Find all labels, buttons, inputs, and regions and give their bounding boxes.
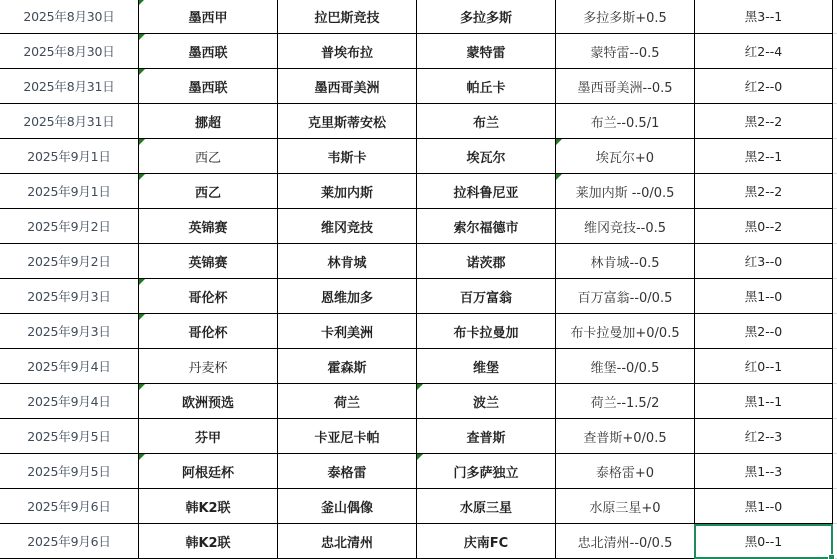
away-team-text: 门多萨独立 (453, 462, 518, 481)
home-team-cell[interactable]: 卡利美洲 (277, 314, 416, 349)
date-text: 2025年8月31日 (23, 112, 114, 130)
away-team-cell[interactable]: 埃瓦尔 (416, 139, 555, 174)
home-team-text: 卡亚尼卡帕 (314, 427, 379, 446)
league-text: 西乙 (195, 147, 221, 166)
result-cell[interactable]: 黑1--0 (694, 279, 833, 314)
league-cell[interactable]: 芬甲 (138, 419, 277, 454)
away-team-cell[interactable]: 拉科鲁尼亚 (416, 174, 555, 209)
table-row: 2025年9月3日 哥伦杯 恩维加多 百万富翁 百万富翁--0/0.5 黑1--… (0, 279, 837, 314)
handicap-text: 维冈竞技--0.5 (584, 217, 666, 236)
league-text: 墨西甲 (188, 7, 227, 26)
spreadsheet-grid: 2025年8月30日 墨西甲 拉巴斯竞技 多拉多斯 多拉多斯+0.5 黑3--1… (0, 0, 837, 559)
result-cell[interactable]: 黑2--0 (694, 314, 833, 349)
date-cell[interactable]: 2025年9月1日 (0, 139, 138, 174)
home-team-cell[interactable]: 釜山偶像 (277, 489, 416, 524)
away-team-text: 埃瓦尔 (466, 147, 505, 166)
result-cell[interactable]: 红2--4 (694, 34, 833, 69)
away-team-cell[interactable]: 布卡拉曼加 (416, 314, 555, 349)
date-text: 2025年9月4日 (27, 357, 110, 375)
away-team-text: 索尔福德市 (453, 217, 518, 236)
date-cell[interactable]: 2025年9月5日 (0, 419, 138, 454)
league-text: 挪超 (195, 112, 221, 131)
next-column-edge (833, 69, 837, 104)
date-text: 2025年9月6日 (27, 532, 110, 550)
result-cell[interactable]: 红3--0 (694, 244, 833, 279)
result-text: 黑3--1 (745, 7, 782, 25)
home-team-cell[interactable]: 莱加内斯 (277, 174, 416, 209)
home-team-text: 忠北清州 (321, 532, 373, 551)
home-team-cell[interactable]: 拉巴斯竞技 (277, 0, 416, 34)
date-text: 2025年9月4日 (27, 392, 110, 410)
away-team-cell[interactable]: 布兰 (416, 104, 555, 139)
next-column-edge (833, 454, 837, 489)
date-cell[interactable]: 2025年9月3日 (0, 279, 138, 314)
date-text: 2025年8月31日 (23, 77, 114, 95)
home-team-text: 拉巴斯竞技 (314, 7, 379, 26)
fill-handle[interactable] (828, 554, 835, 559)
league-text: 英锦赛 (188, 252, 227, 271)
table-row: 2025年8月30日 墨西联 普埃布拉 蒙特雷 蒙特雷--0.5 红2--4 (0, 34, 837, 69)
comment-marker-icon (556, 139, 562, 145)
away-team-cell[interactable]: 查普斯 (416, 419, 555, 454)
result-text: 黑1--0 (745, 287, 782, 305)
result-text: 黑2--2 (745, 112, 782, 130)
handicap-text: 埃瓦尔+0 (596, 147, 654, 166)
league-cell[interactable]: 挪超 (138, 104, 277, 139)
league-cell[interactable]: 西乙 (138, 139, 277, 174)
league-text: 丹麦杯 (188, 357, 227, 376)
date-text: 2025年9月1日 (27, 182, 110, 200)
home-team-text: 墨西哥美洲 (314, 77, 379, 96)
home-team-cell[interactable]: 恩维加多 (277, 279, 416, 314)
result-text: 黑1--0 (745, 497, 782, 515)
date-cell[interactable]: 2025年9月2日 (0, 209, 138, 244)
away-team-cell[interactable]: 庆南FC (416, 524, 555, 559)
handicap-text: 林肯城--0.5 (590, 252, 659, 271)
date-cell[interactable]: 2025年8月30日 (0, 0, 138, 34)
next-column-edge (833, 314, 837, 349)
table-row: 2025年8月31日 墨西联 墨西哥美洲 帕丘卡 墨西哥美洲--0.5 红2--… (0, 69, 837, 104)
away-team-cell[interactable]: 百万富翁 (416, 279, 555, 314)
table-row: 2025年8月31日 挪超 克里斯蒂安松 布兰 布兰--0.5/1 黑2--2 (0, 104, 837, 139)
away-team-cell[interactable]: 多拉多斯 (416, 0, 555, 34)
next-column-edge (833, 209, 837, 244)
next-column-edge (833, 489, 837, 524)
league-cell[interactable]: 英锦赛 (138, 244, 277, 279)
handicap-cell[interactable]: 墨西哥美洲--0.5 (555, 69, 694, 104)
comment-marker-icon (139, 34, 145, 40)
home-team-text: 泰格雷 (327, 462, 366, 481)
home-team-cell[interactable]: 泰格雷 (277, 454, 416, 489)
date-cell[interactable]: 2025年9月4日 (0, 384, 138, 419)
league-cell[interactable]: 哥伦杯 (138, 279, 277, 314)
handicap-cell[interactable]: 忠北清州--0/0.5 (555, 524, 694, 559)
away-team-text: 多拉多斯 (460, 7, 512, 26)
date-cell[interactable]: 2025年8月31日 (0, 69, 138, 104)
table-row: 2025年9月4日 丹麦杯 霍森斯 维堡 维堡--0/0.5 红0--1 (0, 349, 837, 384)
date-text: 2025年9月5日 (27, 427, 110, 445)
next-column-edge (833, 0, 837, 34)
result-text: 黑1--3 (745, 462, 782, 480)
result-text: 红2--3 (745, 427, 782, 445)
away-team-text: 波兰 (473, 392, 499, 411)
comment-marker-icon (139, 279, 145, 285)
handicap-text: 多拉多斯+0.5 (583, 7, 667, 26)
handicap-text: 布卡拉曼加+0/0.5 (570, 322, 679, 341)
table-row: 2025年9月1日 西乙 韦斯卡 埃瓦尔 埃瓦尔+0 黑2--1 (0, 139, 837, 174)
handicap-text: 水原三星+0 (589, 497, 660, 516)
league-text: 墨西联 (188, 77, 227, 96)
league-cell[interactable]: 西乙 (138, 174, 277, 209)
handicap-cell[interactable]: 水原三星+0 (555, 489, 694, 524)
selected-result-cell[interactable]: 黑0--1 (694, 524, 833, 559)
next-column-edge (833, 244, 837, 279)
comment-marker-icon (139, 69, 145, 75)
date-text: 2025年9月3日 (27, 287, 110, 305)
next-column-edge (833, 34, 837, 69)
handicap-cell[interactable]: 蒙特雷--0.5 (555, 34, 694, 69)
league-cell[interactable]: 墨西甲 (138, 0, 277, 34)
away-team-text: 拉科鲁尼亚 (453, 182, 518, 201)
away-team-text: 帕丘卡 (466, 77, 505, 96)
handicap-text: 荷兰--1.5/2 (591, 392, 660, 411)
handicap-cell[interactable]: 埃瓦尔+0 (555, 139, 694, 174)
table-row: 2025年9月5日 阿根廷杯 泰格雷 门多萨独立 泰格雷+0 黑1--3 (0, 454, 837, 489)
league-cell[interactable]: 阿根廷杯 (138, 454, 277, 489)
home-team-text: 卡利美洲 (321, 322, 373, 341)
table-row: 2025年9月4日 欧洲预选 荷兰 波兰 荷兰--1.5/2 黑1--1 (0, 384, 837, 419)
home-team-cell[interactable]: 荷兰 (277, 384, 416, 419)
handicap-cell[interactable]: 布兰--0.5/1 (555, 104, 694, 139)
result-text: 红2--4 (745, 42, 782, 60)
handicap-cell[interactable]: 泰格雷+0 (555, 454, 694, 489)
home-team-cell[interactable]: 克里斯蒂安松 (277, 104, 416, 139)
away-team-text: 百万富翁 (460, 287, 512, 306)
away-team-cell[interactable]: 诺茨郡 (416, 244, 555, 279)
result-cell[interactable]: 黑2--2 (694, 174, 833, 209)
result-cell[interactable]: 黑0--2 (694, 209, 833, 244)
handicap-cell[interactable]: 荷兰--1.5/2 (555, 384, 694, 419)
home-team-text: 韦斯卡 (327, 147, 366, 166)
league-text: 阿根廷杯 (182, 462, 234, 481)
table-row: 2025年9月6日 韩K2联 忠北清州 庆南FC 忠北清州--0/0.5 黑0-… (0, 524, 837, 559)
league-text: 哥伦杯 (188, 287, 227, 306)
league-text: 英锦赛 (188, 217, 227, 236)
result-cell[interactable]: 红2--3 (694, 419, 833, 454)
comment-marker-icon (556, 174, 562, 180)
result-cell[interactable]: 黑1--1 (694, 384, 833, 419)
league-cell[interactable]: 墨西联 (138, 34, 277, 69)
home-team-cell[interactable]: 维冈竞技 (277, 209, 416, 244)
date-cell[interactable]: 2025年9月1日 (0, 174, 138, 209)
home-team-cell[interactable]: 霍森斯 (277, 349, 416, 384)
league-text: 哥伦杯 (188, 322, 227, 341)
handicap-text: 百万富翁--0/0.5 (578, 287, 673, 306)
home-team-cell[interactable]: 忠北清州 (277, 524, 416, 559)
away-team-cell[interactable]: 波兰 (416, 384, 555, 419)
handicap-text: 维堡--0/0.5 (591, 357, 660, 376)
handicap-cell[interactable]: 布卡拉曼加+0/0.5 (555, 314, 694, 349)
result-text: 黑0--2 (745, 217, 782, 235)
table-row: 2025年9月2日 英锦赛 林肯城 诺茨郡 林肯城--0.5 红3--0 (0, 244, 837, 279)
handicap-text: 蒙特雷--0.5 (590, 42, 659, 61)
league-text: 西乙 (195, 182, 221, 201)
result-text: 红2--0 (745, 77, 782, 95)
league-text: 芬甲 (195, 427, 221, 446)
handicap-cell[interactable]: 维冈竞技--0.5 (555, 209, 694, 244)
date-cell[interactable]: 2025年9月5日 (0, 454, 138, 489)
comment-marker-icon (139, 454, 145, 460)
handicap-cell[interactable]: 莱加内斯 --0/0.5 (555, 174, 694, 209)
league-cell[interactable]: 哥伦杯 (138, 314, 277, 349)
home-team-text: 莱加内斯 (321, 182, 373, 201)
comment-marker-icon (139, 174, 145, 180)
result-cell[interactable]: 红0--1 (694, 349, 833, 384)
home-team-text: 克里斯蒂安松 (308, 112, 386, 131)
handicap-text: 忠北清州--0/0.5 (578, 532, 673, 551)
next-column-edge (833, 174, 837, 209)
next-column-edge (833, 104, 837, 139)
next-column-edge (833, 349, 837, 384)
league-text: 墨西联 (188, 42, 227, 61)
away-team-cell[interactable]: 门多萨独立 (416, 454, 555, 489)
handicap-text: 查普斯+0/0.5 (583, 427, 666, 446)
table-row: 2025年9月3日 哥伦杯 卡利美洲 布卡拉曼加 布卡拉曼加+0/0.5 黑2-… (0, 314, 837, 349)
home-team-text: 恩维加多 (321, 287, 373, 306)
date-cell[interactable]: 2025年8月31日 (0, 104, 138, 139)
table-row: 2025年9月2日 英锦赛 维冈竞技 索尔福德市 维冈竞技--0.5 黑0--2 (0, 209, 837, 244)
handicap-cell[interactable]: 维堡--0/0.5 (555, 349, 694, 384)
table-row: 2025年9月6日 韩K2联 釜山偶像 水原三星 水原三星+0 黑1--0 (0, 489, 837, 524)
league-cell[interactable]: 韩K2联 (138, 524, 277, 559)
date-text: 2025年8月30日 (23, 42, 114, 60)
result-text: 黑0--1 (745, 532, 782, 550)
handicap-text: 莱加内斯 --0/0.5 (576, 182, 675, 201)
home-team-text: 荷兰 (334, 392, 360, 411)
result-text: 红3--0 (745, 252, 782, 270)
date-cell[interactable]: 2025年8月30日 (0, 34, 138, 69)
result-cell[interactable]: 黑2--2 (694, 104, 833, 139)
away-team-cell[interactable]: 水原三星 (416, 489, 555, 524)
table-row: 2025年9月1日 西乙 莱加内斯 拉科鲁尼亚 莱加内斯 --0/0.5 黑2-… (0, 174, 837, 209)
date-cell[interactable]: 2025年9月6日 (0, 524, 138, 559)
result-text: 黑2--2 (745, 182, 782, 200)
result-text: 黑2--0 (745, 322, 782, 340)
handicap-cell[interactable]: 百万富翁--0/0.5 (555, 279, 694, 314)
handicap-text: 墨西哥美洲--0.5 (577, 77, 672, 96)
comment-marker-icon (139, 139, 145, 145)
handicap-cell[interactable]: 林肯城--0.5 (555, 244, 694, 279)
home-team-cell[interactable]: 林肯城 (277, 244, 416, 279)
league-cell[interactable]: 丹麦杯 (138, 349, 277, 384)
comment-marker-icon (417, 384, 423, 390)
next-column-edge (833, 384, 837, 419)
date-cell[interactable]: 2025年9月3日 (0, 314, 138, 349)
home-team-text: 釜山偶像 (321, 497, 373, 516)
away-team-cell[interactable]: 帕丘卡 (416, 69, 555, 104)
away-team-text: 诺茨郡 (466, 252, 505, 271)
away-team-cell[interactable]: 蒙特雷 (416, 34, 555, 69)
result-cell[interactable]: 黑1--0 (694, 489, 833, 524)
handicap-text: 布兰--0.5/1 (591, 112, 660, 131)
date-cell[interactable]: 2025年9月2日 (0, 244, 138, 279)
league-cell[interactable]: 韩K2联 (138, 489, 277, 524)
comment-marker-icon (417, 454, 423, 460)
result-text: 黑1--1 (745, 392, 782, 410)
next-column-edge (833, 279, 837, 314)
handicap-text: 泰格雷+0 (596, 462, 654, 481)
date-cell[interactable]: 2025年9月4日 (0, 349, 138, 384)
away-team-text: 水原三星 (460, 497, 512, 516)
result-text: 红0--1 (745, 357, 782, 375)
result-text: 黑2--1 (745, 147, 782, 165)
away-team-text: 查普斯 (466, 427, 505, 446)
league-text: 韩K2联 (185, 497, 230, 516)
date-text: 2025年8月30日 (23, 7, 114, 25)
handicap-cell[interactable]: 查普斯+0/0.5 (555, 419, 694, 454)
home-team-text: 普埃布拉 (321, 42, 373, 61)
league-cell[interactable]: 墨西联 (138, 69, 277, 104)
handicap-cell[interactable]: 多拉多斯+0.5 (555, 0, 694, 34)
league-text: 韩K2联 (185, 532, 230, 551)
league-cell[interactable]: 英锦赛 (138, 209, 277, 244)
result-cell[interactable]: 黑2--1 (694, 139, 833, 174)
date-text: 2025年9月2日 (27, 217, 110, 235)
next-column-edge (833, 139, 837, 174)
away-team-text: 维堡 (473, 357, 499, 376)
result-cell[interactable]: 红2--0 (694, 69, 833, 104)
home-team-cell[interactable]: 卡亚尼卡帕 (277, 419, 416, 454)
date-text: 2025年9月5日 (27, 462, 110, 480)
league-cell[interactable]: 欧洲预选 (138, 384, 277, 419)
result-cell[interactable]: 黑1--3 (694, 454, 833, 489)
table-row: 2025年8月30日 墨西甲 拉巴斯竞技 多拉多斯 多拉多斯+0.5 黑3--1 (0, 0, 837, 34)
table-row: 2025年9月5日 芬甲 卡亚尼卡帕 查普斯 查普斯+0/0.5 红2--3 (0, 419, 837, 454)
home-team-text: 维冈竞技 (321, 217, 373, 236)
date-text: 2025年9月3日 (27, 322, 110, 340)
home-team-text: 林肯城 (327, 252, 366, 271)
date-text: 2025年9月2日 (27, 252, 110, 270)
date-text: 2025年9月1日 (27, 147, 110, 165)
away-team-cell[interactable]: 索尔福德市 (416, 209, 555, 244)
date-cell[interactable]: 2025年9月6日 (0, 489, 138, 524)
away-team-text: 布卡拉曼加 (453, 322, 518, 341)
date-text: 2025年9月6日 (27, 497, 110, 515)
home-team-text: 霍森斯 (327, 357, 366, 376)
comment-marker-icon (139, 314, 145, 320)
comment-marker-icon (139, 0, 145, 5)
home-team-cell[interactable]: 墨西哥美洲 (277, 69, 416, 104)
comment-marker-icon (139, 384, 145, 390)
home-team-cell[interactable]: 韦斯卡 (277, 139, 416, 174)
result-cell[interactable]: 黑3--1 (694, 0, 833, 34)
away-team-text: 布兰 (473, 112, 499, 131)
league-text: 欧洲预选 (182, 392, 234, 411)
home-team-cell[interactable]: 普埃布拉 (277, 34, 416, 69)
away-team-cell[interactable]: 维堡 (416, 349, 555, 384)
next-column-edge (833, 419, 837, 454)
away-team-text: 蒙特雷 (466, 42, 505, 61)
away-team-text: 庆南FC (464, 532, 508, 551)
